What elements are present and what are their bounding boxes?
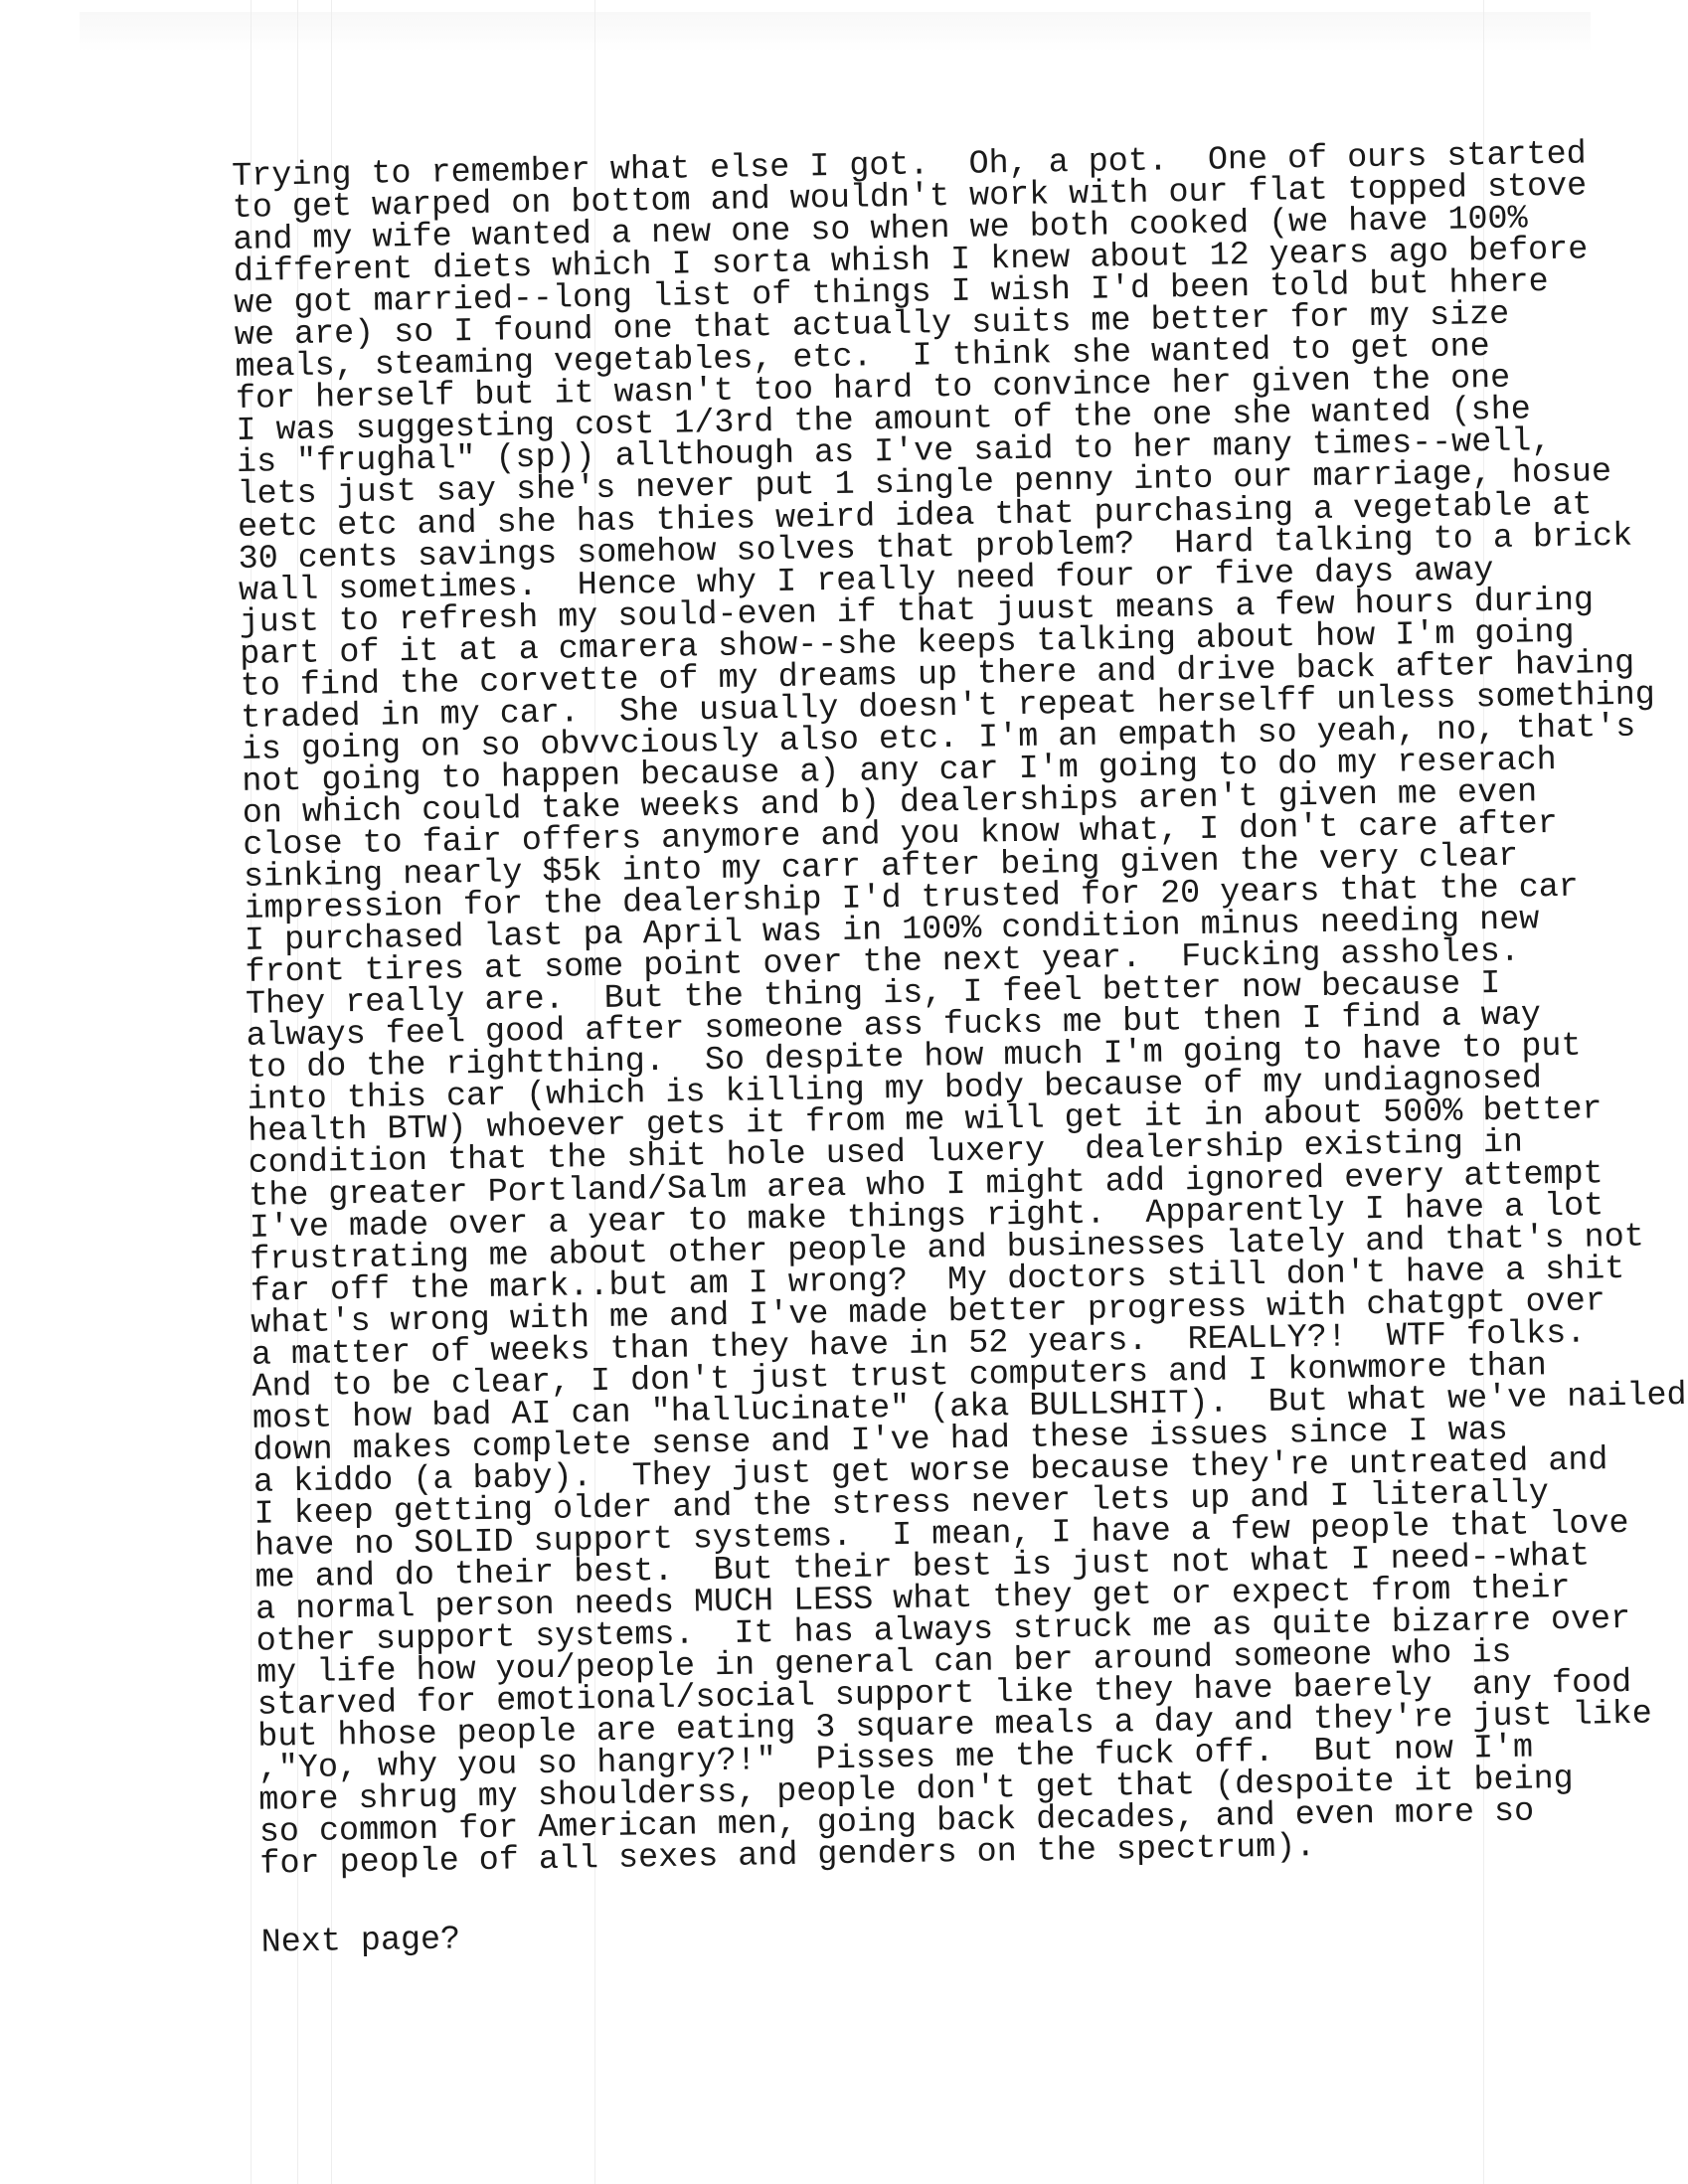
scan-artifact xyxy=(80,12,1591,52)
letter-body: Trying to remember what else I got. Oh, … xyxy=(232,136,1688,1881)
typed-letter-page: Trying to remember what else I got. Oh, … xyxy=(232,136,1688,1958)
